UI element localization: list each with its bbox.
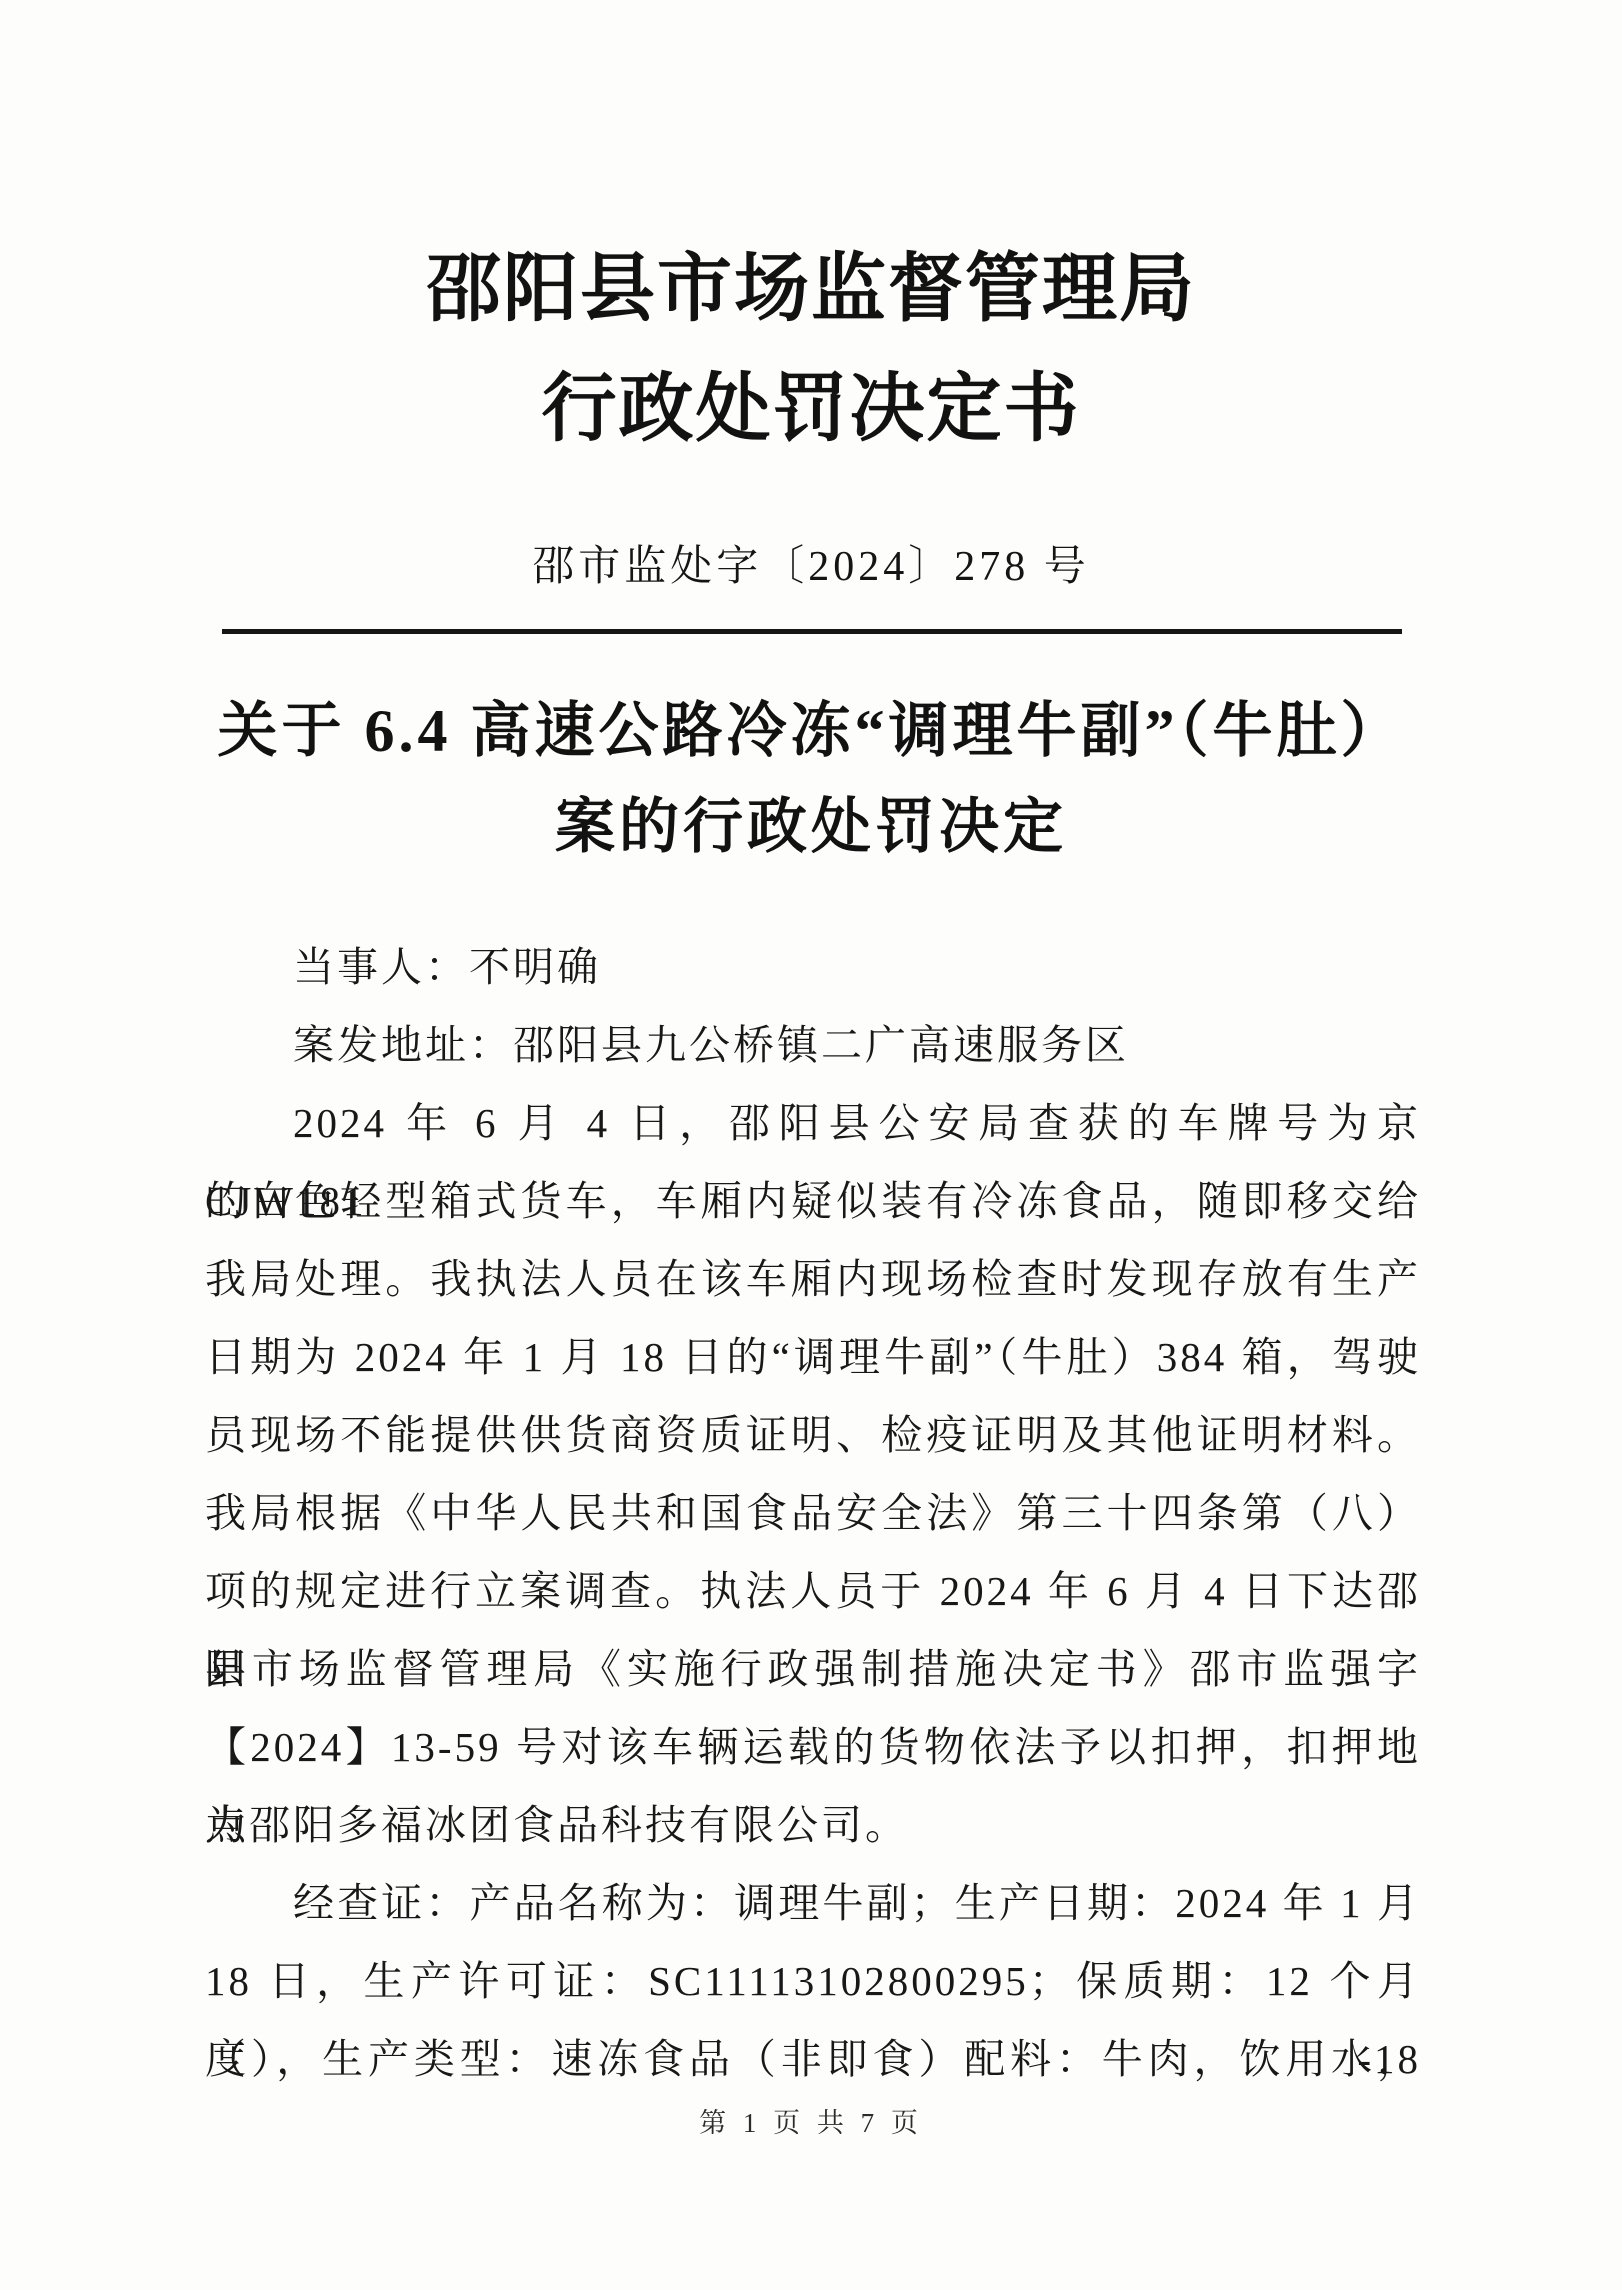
body-line: 的白色轻型箱式货车，车厢内疑似装有冷冻食品，随即移交给	[205, 1162, 1421, 1240]
case-title-line1: 关于 6.4 高速公路冷冻“调理牛副”（牛肚）	[0, 692, 1622, 770]
body-line: 【2024】13-59 号对该车辆运载的货物依法予以扣押，扣押地点	[205, 1708, 1421, 1786]
page-number: 第 1 页 共 7 页	[0, 2106, 1622, 2140]
body-line: 项的规定进行立案调查。执法人员于 2024 年 6 月 4 日下达邵阳	[205, 1552, 1421, 1630]
party-line: 当事人：不明确	[205, 928, 1421, 1006]
document-page: 邵阳县市场监督管理局 行政处罚决定书 邵市监处字〔2024〕278 号 关于 6…	[0, 0, 1622, 2290]
body-line: 经查证：产品名称为：调理牛副；生产日期：2024 年 1 月	[205, 1864, 1421, 1942]
body-line: 县市场监督管理局《实施行政强制措施决定书》邵市监强字	[205, 1630, 1421, 1708]
case-address-line: 案发地址：邵阳县九公桥镇二广高速服务区	[205, 1006, 1421, 1084]
body-line: 我局根据《中华人民共和国食品安全法》第三十四条第（八）	[205, 1474, 1421, 1552]
agency-title: 邵阳县市场监督管理局	[0, 246, 1622, 334]
body-line: 员现场不能提供供货商资质证明、检疫证明及其他证明材料。	[205, 1396, 1421, 1474]
body-line: 18 日，生产许可证：SC11113102800295；保质期：12 个月（-1…	[205, 1942, 1421, 2020]
case-title-line2: 案的行政处罚决定	[0, 788, 1622, 866]
body-text: 当事人：不明确 案发地址：邵阳县九公桥镇二广高速服务区 2024 年 6 月 4…	[205, 928, 1421, 2098]
body-line: 度），生产类型：速冻食品（非即食）配料：牛肉，饮用水，	[205, 2020, 1421, 2098]
title-divider	[222, 629, 1402, 634]
doc-type-title: 行政处罚决定书	[0, 366, 1622, 454]
doc-number: 邵市监处字〔2024〕278 号	[0, 540, 1622, 594]
body-line: 日期为 2024 年 1 月 18 日的“调理牛副”（牛肚）384 箱，驾驶	[205, 1318, 1421, 1396]
body-line: 为邵阳多福冰团食品科技有限公司。	[205, 1786, 1421, 1864]
body-line: 我局处理。我执法人员在该车厢内现场检查时发现存放有生产	[205, 1240, 1421, 1318]
body-line: 2024 年 6 月 4 日，邵阳县公安局查获的车牌号为京 CJW181	[205, 1084, 1421, 1162]
